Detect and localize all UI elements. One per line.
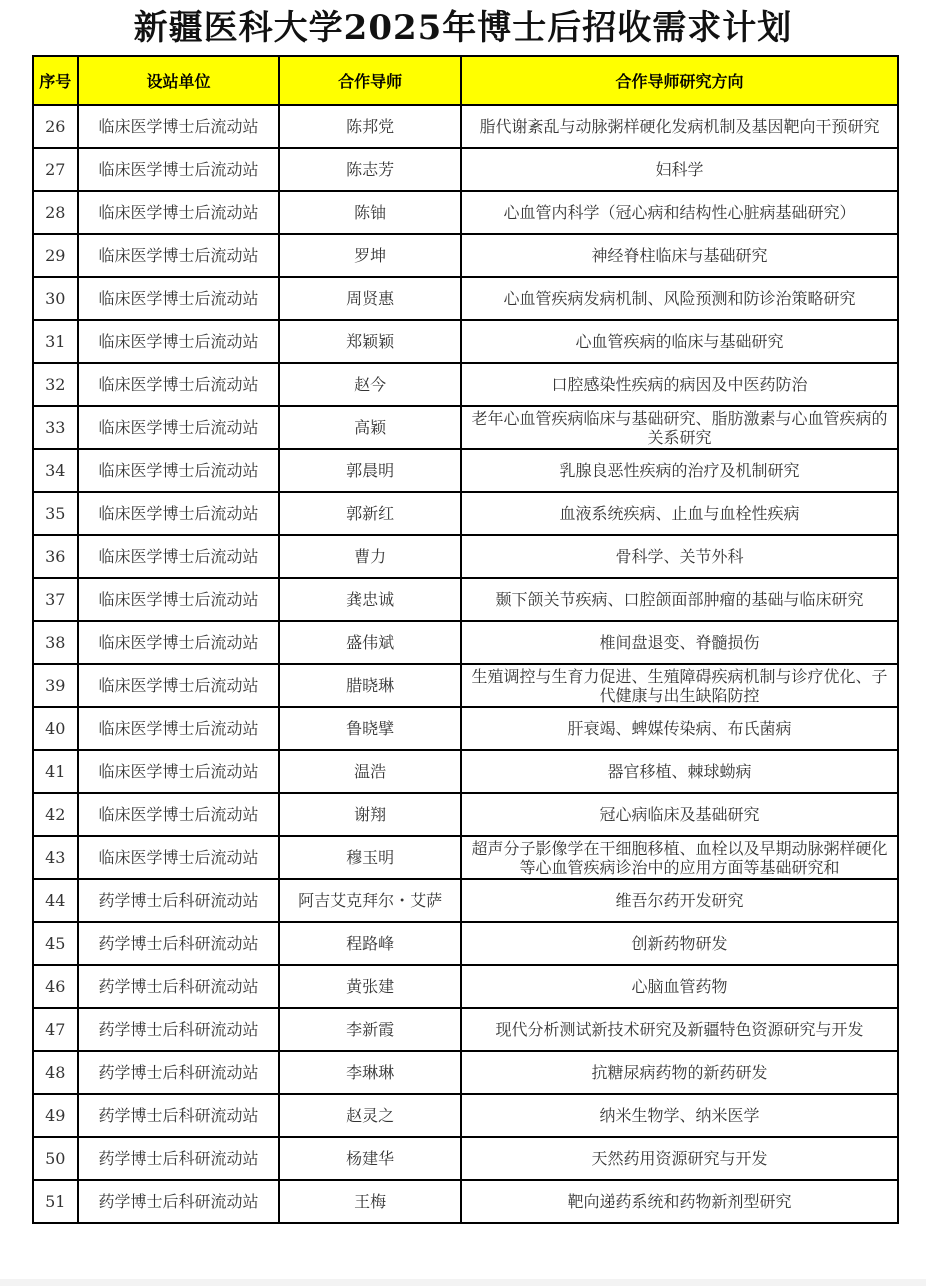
cell-direction: 器官移植、棘球蚴病: [461, 750, 898, 793]
cell-unit: 临床医学博士后流动站: [78, 449, 280, 492]
cell-mentor: 赵今: [279, 363, 461, 406]
cell-unit: 临床医学博士后流动站: [78, 492, 280, 535]
cell-unit: 临床医学博士后流动站: [78, 277, 280, 320]
cell-mentor: 龚忠诚: [279, 578, 461, 621]
cell-no: 27: [33, 148, 78, 191]
cell-unit: 临床医学博士后流动站: [78, 320, 280, 363]
table-row: 49药学博士后科研流动站赵灵之纳米生物学、纳米医学: [33, 1094, 898, 1137]
cell-unit: 临床医学博士后流动站: [78, 664, 280, 707]
cell-unit: 临床医学博士后流动站: [78, 234, 280, 277]
cell-unit: 药学博士后科研流动站: [78, 1008, 280, 1051]
cell-unit: 药学博士后科研流动站: [78, 879, 280, 922]
table-row: 32临床医学博士后流动站赵今口腔感染性疾病的病因及中医药防治: [33, 363, 898, 406]
cell-no: 33: [33, 406, 78, 449]
cell-mentor: 谢翔: [279, 793, 461, 836]
cell-no: 30: [33, 277, 78, 320]
cell-direction: 口腔感染性疾病的病因及中医药防治: [461, 363, 898, 406]
cell-direction: 心血管内科学（冠心病和结构性心脏病基础研究）: [461, 191, 898, 234]
cell-unit: 药学博士后科研流动站: [78, 1180, 280, 1223]
cell-unit: 临床医学博士后流动站: [78, 707, 280, 750]
cell-direction: 心血管疾病发病机制、风险预测和防诊治策略研究: [461, 277, 898, 320]
cell-mentor: 高颖: [279, 406, 461, 449]
table-row: 38临床医学博士后流动站盛伟斌椎间盘退变、脊髓损伤: [33, 621, 898, 664]
table-row: 46药学博士后科研流动站黄张建心脑血管药物: [33, 965, 898, 1008]
cell-unit: 临床医学博士后流动站: [78, 750, 280, 793]
cell-no: 45: [33, 922, 78, 965]
cell-no: 31: [33, 320, 78, 363]
table-row: 47药学博士后科研流动站李新霞现代分析测试新技术研究及新疆特色资源研究与开发: [33, 1008, 898, 1051]
cell-direction: 颞下颌关节疾病、口腔颌面部肿瘤的基础与临床研究: [461, 578, 898, 621]
cell-no: 40: [33, 707, 78, 750]
header-unit: 设站单位: [78, 56, 280, 105]
table-body: 26临床医学博士后流动站陈邦党脂代谢紊乱与动脉粥样硬化发病机制及基因靶向干预研究…: [33, 105, 898, 1223]
cell-unit: 药学博士后科研流动站: [78, 922, 280, 965]
cell-no: 32: [33, 363, 78, 406]
header-no: 序号: [33, 56, 78, 105]
cell-mentor: 盛伟斌: [279, 621, 461, 664]
cell-direction: 超声分子影像学在干细胞移植、血栓以及早期动脉粥样硬化等心血管疾病诊治中的应用方面…: [461, 836, 898, 879]
cell-mentor: 赵灵之: [279, 1094, 461, 1137]
cell-unit: 临床医学博士后流动站: [78, 578, 280, 621]
cell-direction: 乳腺良恶性疾病的治疗及机制研究: [461, 449, 898, 492]
cell-mentor: 黄张建: [279, 965, 461, 1008]
cell-unit: 药学博士后科研流动站: [78, 1051, 280, 1094]
table-header-row: 序号 设站单位 合作导师 合作导师研究方向: [33, 56, 898, 105]
cell-direction: 骨科学、关节外科: [461, 535, 898, 578]
table-row: 48药学博士后科研流动站李琳琳抗糖尿病药物的新药研发: [33, 1051, 898, 1094]
cell-unit: 药学博士后科研流动站: [78, 965, 280, 1008]
cell-unit: 临床医学博士后流动站: [78, 148, 280, 191]
table-row: 26临床医学博士后流动站陈邦党脂代谢紊乱与动脉粥样硬化发病机制及基因靶向干预研究: [33, 105, 898, 148]
cell-direction: 老年心血管疾病临床与基础研究、脂肪激素与心血管疾病的关系研究: [461, 406, 898, 449]
cell-mentor: 陈铀: [279, 191, 461, 234]
cell-mentor: 温浩: [279, 750, 461, 793]
table-row: 29临床医学博士后流动站罗坤神经脊柱临床与基础研究: [33, 234, 898, 277]
table-row: 45药学博士后科研流动站程路峰创新药物研发: [33, 922, 898, 965]
cell-no: 35: [33, 492, 78, 535]
cell-mentor: 李琳琳: [279, 1051, 461, 1094]
cell-direction: 血液系统疾病、止血与血栓性疾病: [461, 492, 898, 535]
table-row: 27临床医学博士后流动站陈志芳妇科学: [33, 148, 898, 191]
cell-no: 48: [33, 1051, 78, 1094]
table-row: 51药学博士后科研流动站王梅靶向递药系统和药物新剂型研究: [33, 1180, 898, 1223]
cell-mentor: 穆玉明: [279, 836, 461, 879]
table-row: 40临床医学博士后流动站鲁晓擘肝衰竭、蜱媒传染病、布氏菌病: [33, 707, 898, 750]
cell-unit: 临床医学博士后流动站: [78, 793, 280, 836]
cell-no: 36: [33, 535, 78, 578]
table-row: 28临床医学博士后流动站陈铀心血管内科学（冠心病和结构性心脏病基础研究）: [33, 191, 898, 234]
cell-unit: 临床医学博士后流动站: [78, 191, 280, 234]
cell-mentor: 鲁晓擘: [279, 707, 461, 750]
cell-direction: 纳米生物学、纳米医学: [461, 1094, 898, 1137]
cell-direction: 脂代谢紊乱与动脉粥样硬化发病机制及基因靶向干预研究: [461, 105, 898, 148]
cell-direction: 椎间盘退变、脊髓损伤: [461, 621, 898, 664]
cell-direction: 冠心病临床及基础研究: [461, 793, 898, 836]
header-mentor: 合作导师: [279, 56, 461, 105]
table-row: 30临床医学博士后流动站周贤惠心血管疾病发病机制、风险预测和防诊治策略研究: [33, 277, 898, 320]
recruitment-plan-table: 序号 设站单位 合作导师 合作导师研究方向 26临床医学博士后流动站陈邦党脂代谢…: [32, 55, 899, 1224]
table-row: 36临床医学博士后流动站曹力骨科学、关节外科: [33, 535, 898, 578]
cell-no: 28: [33, 191, 78, 234]
cell-mentor: 罗坤: [279, 234, 461, 277]
cell-mentor: 陈志芳: [279, 148, 461, 191]
cell-no: 46: [33, 965, 78, 1008]
cell-no: 34: [33, 449, 78, 492]
table-row: 35临床医学博士后流动站郭新红血液系统疾病、止血与血栓性疾病: [33, 492, 898, 535]
page-title: 新疆医科大学2025年博士后招收需求计划: [0, 4, 926, 52]
cell-unit: 临床医学博士后流动站: [78, 105, 280, 148]
table-row: 34临床医学博士后流动站郭晨明乳腺良恶性疾病的治疗及机制研究: [33, 449, 898, 492]
cell-unit: 药学博士后科研流动站: [78, 1137, 280, 1180]
cell-unit: 临床医学博士后流动站: [78, 621, 280, 664]
cell-direction: 妇科学: [461, 148, 898, 191]
cell-no: 37: [33, 578, 78, 621]
cell-no: 50: [33, 1137, 78, 1180]
cell-mentor: 曹力: [279, 535, 461, 578]
cell-mentor: 阿吉艾克拜尔・艾萨: [279, 879, 461, 922]
cell-no: 41: [33, 750, 78, 793]
table-row: 31临床医学博士后流动站郑颖颖心血管疾病的临床与基础研究: [33, 320, 898, 363]
cell-direction: 抗糖尿病药物的新药研发: [461, 1051, 898, 1094]
table-row: 39临床医学博士后流动站腊晓琳生殖调控与生育力促进、生殖障碍疾病机制与诊疗优化、…: [33, 664, 898, 707]
table-row: 50药学博士后科研流动站杨建华天然药用资源研究与开发: [33, 1137, 898, 1180]
cell-mentor: 周贤惠: [279, 277, 461, 320]
header-direction: 合作导师研究方向: [461, 56, 898, 105]
cell-mentor: 郑颖颖: [279, 320, 461, 363]
cell-no: 43: [33, 836, 78, 879]
cell-direction: 维吾尔药开发研究: [461, 879, 898, 922]
cell-mentor: 郭晨明: [279, 449, 461, 492]
cell-mentor: 郭新红: [279, 492, 461, 535]
cell-no: 38: [33, 621, 78, 664]
cell-unit: 临床医学博士后流动站: [78, 535, 280, 578]
cell-direction: 生殖调控与生育力促进、生殖障碍疾病机制与诊疗优化、子代健康与出生缺陷防控: [461, 664, 898, 707]
cell-direction: 心血管疾病的临床与基础研究: [461, 320, 898, 363]
cell-mentor: 腊晓琳: [279, 664, 461, 707]
cell-unit: 药学博士后科研流动站: [78, 1094, 280, 1137]
cell-no: 42: [33, 793, 78, 836]
cell-direction: 心脑血管药物: [461, 965, 898, 1008]
cell-mentor: 杨建华: [279, 1137, 461, 1180]
cell-mentor: 王梅: [279, 1180, 461, 1223]
cell-unit: 临床医学博士后流动站: [78, 406, 280, 449]
cell-direction: 靶向递药系统和药物新剂型研究: [461, 1180, 898, 1223]
cell-direction: 天然药用资源研究与开发: [461, 1137, 898, 1180]
cell-no: 44: [33, 879, 78, 922]
cell-no: 49: [33, 1094, 78, 1137]
cell-direction: 神经脊柱临床与基础研究: [461, 234, 898, 277]
cell-no: 51: [33, 1180, 78, 1223]
cell-no: 39: [33, 664, 78, 707]
cell-direction: 创新药物研发: [461, 922, 898, 965]
cell-unit: 临床医学博士后流动站: [78, 363, 280, 406]
table-row: 41临床医学博士后流动站温浩器官移植、棘球蚴病: [33, 750, 898, 793]
cell-no: 26: [33, 105, 78, 148]
cell-direction: 肝衰竭、蜱媒传染病、布氏菌病: [461, 707, 898, 750]
table-row: 42临床医学博士后流动站谢翔冠心病临床及基础研究: [33, 793, 898, 836]
cell-unit: 临床医学博士后流动站: [78, 836, 280, 879]
cell-direction: 现代分析测试新技术研究及新疆特色资源研究与开发: [461, 1008, 898, 1051]
cell-no: 47: [33, 1008, 78, 1051]
table-row: 44药学博士后科研流动站阿吉艾克拜尔・艾萨维吾尔药开发研究: [33, 879, 898, 922]
cell-mentor: 陈邦党: [279, 105, 461, 148]
table-row: 33临床医学博士后流动站高颖老年心血管疾病临床与基础研究、脂肪激素与心血管疾病的…: [33, 406, 898, 449]
cell-no: 29: [33, 234, 78, 277]
cell-mentor: 程路峰: [279, 922, 461, 965]
page-bottom-edge: [0, 1279, 926, 1286]
cell-mentor: 李新霞: [279, 1008, 461, 1051]
table-row: 43临床医学博士后流动站穆玉明超声分子影像学在干细胞移植、血栓以及早期动脉粥样硬…: [33, 836, 898, 879]
table-row: 37临床医学博士后流动站龚忠诚颞下颌关节疾病、口腔颌面部肿瘤的基础与临床研究: [33, 578, 898, 621]
